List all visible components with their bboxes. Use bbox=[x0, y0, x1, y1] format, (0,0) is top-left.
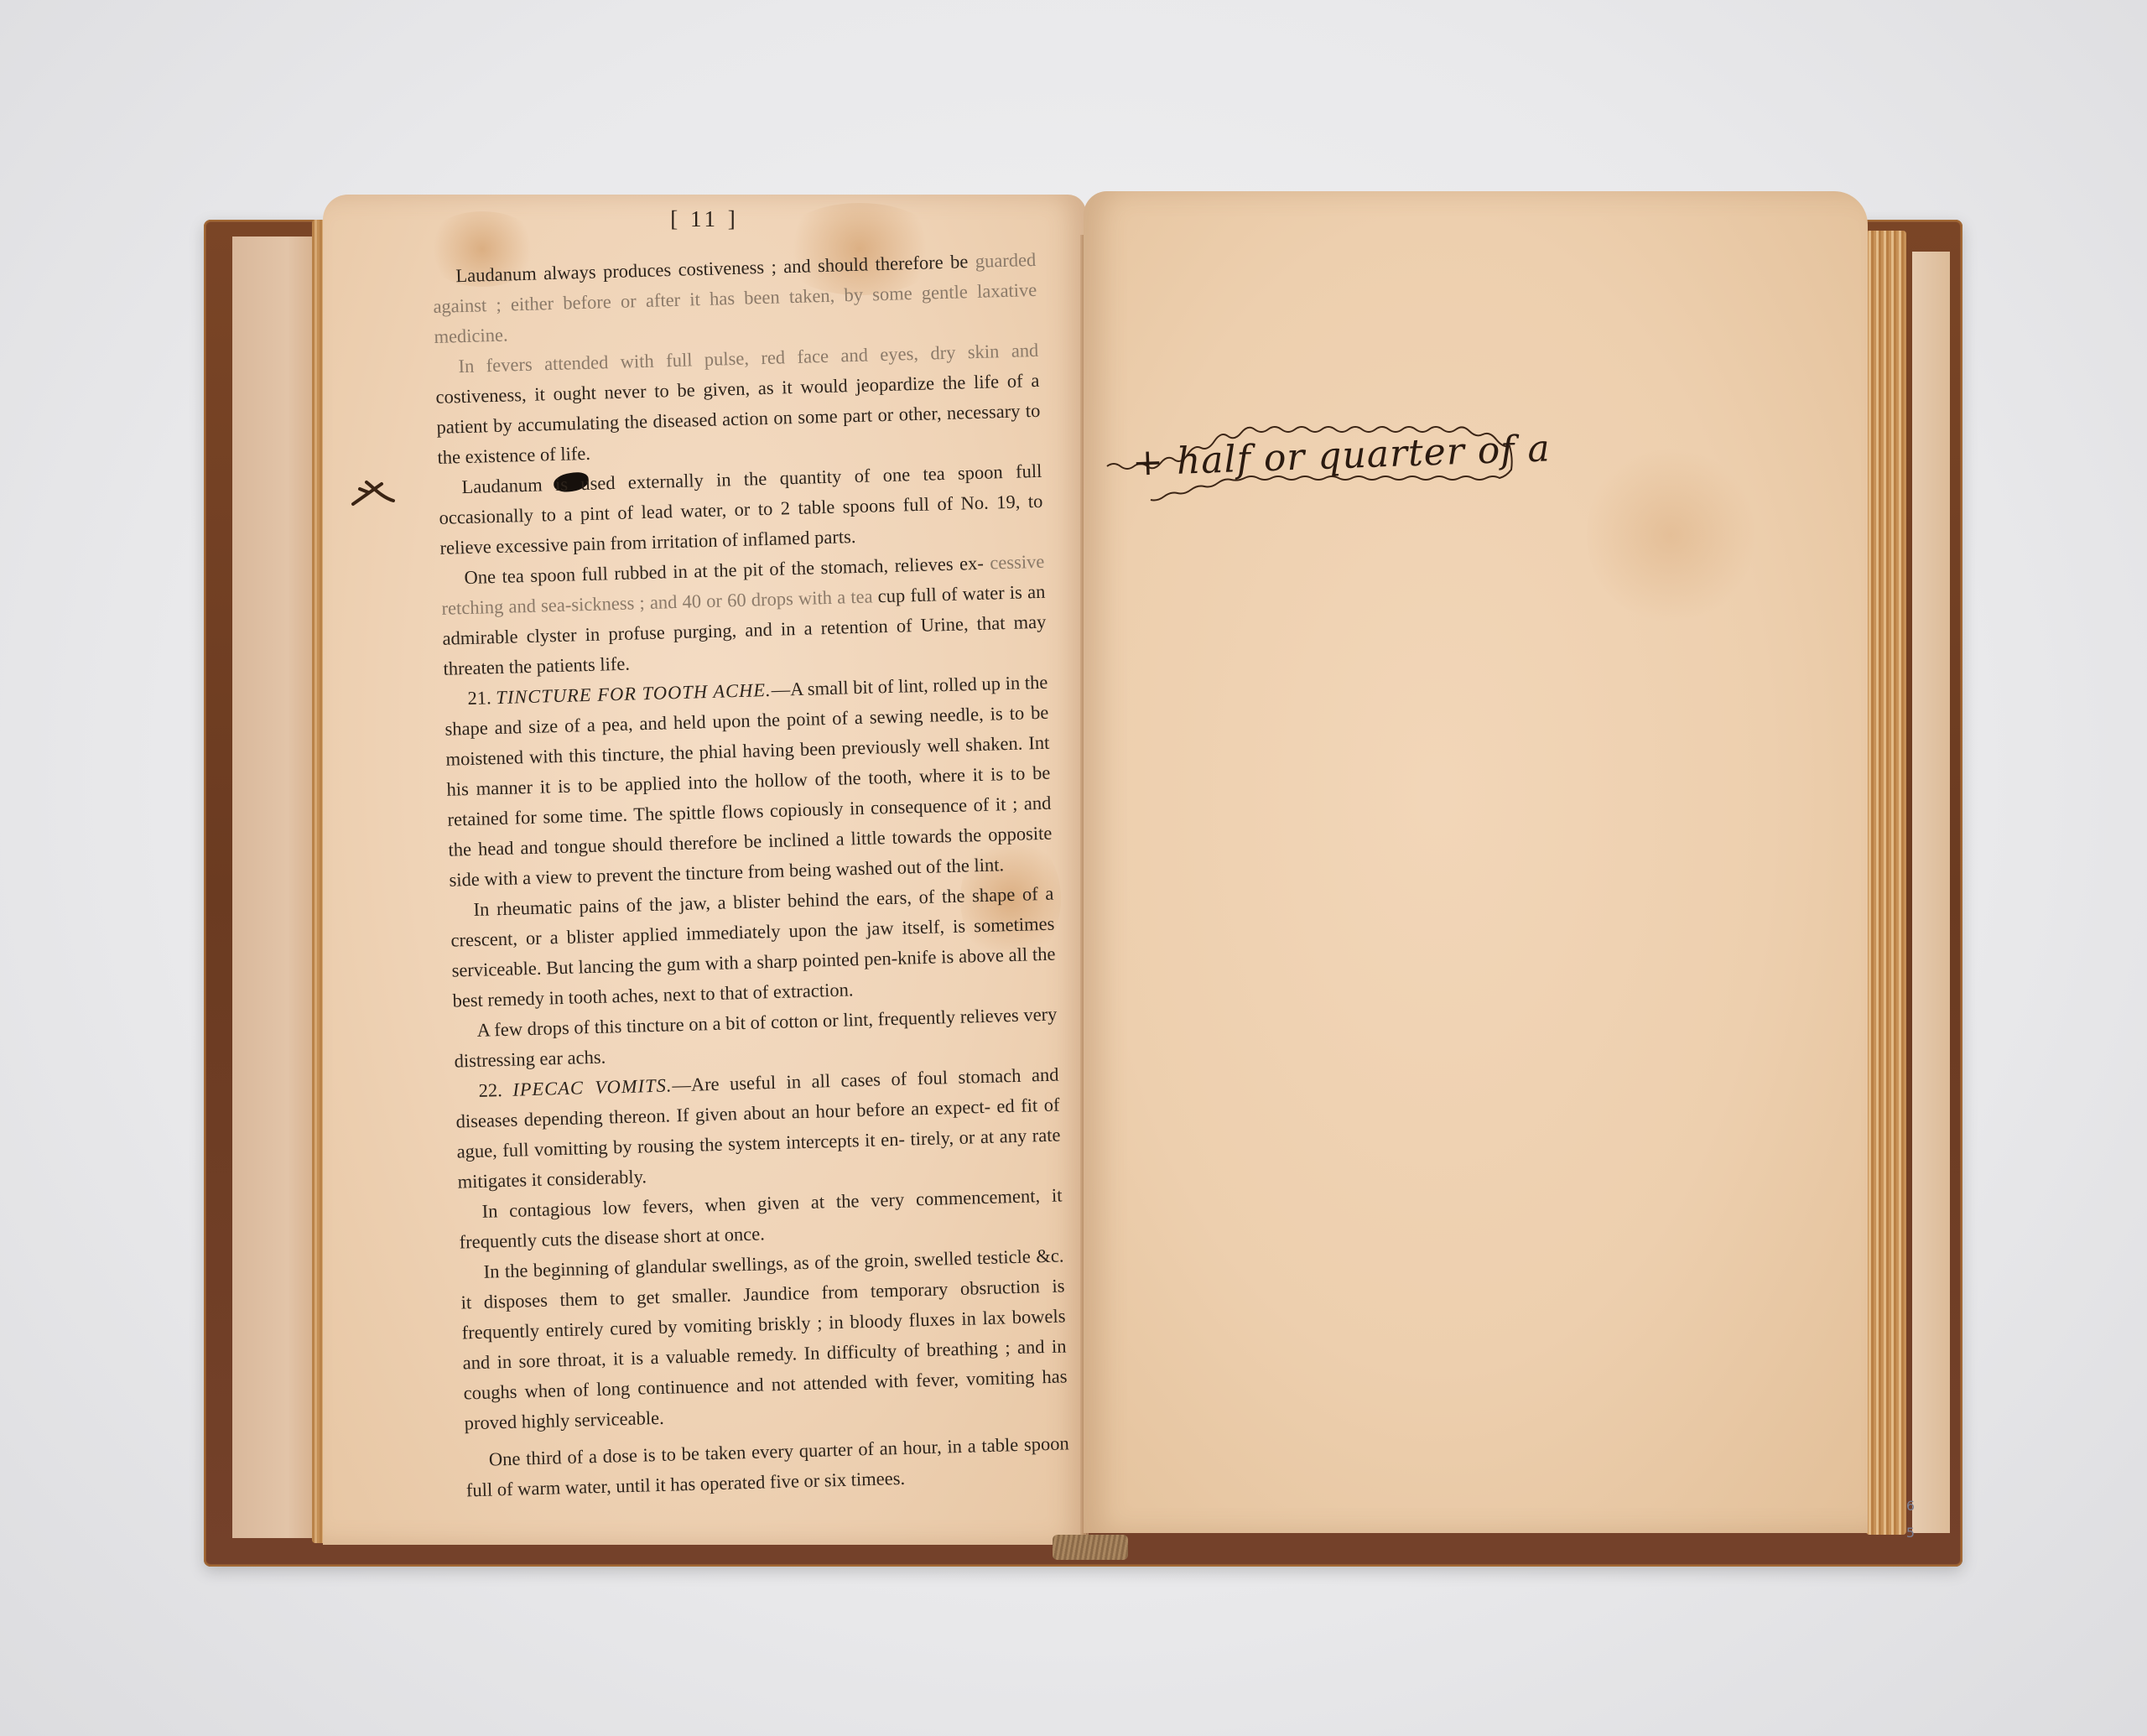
heading-lead-text: —Are useful in all cases of foul stomach… bbox=[672, 1064, 1059, 1096]
paragraph: 22. IPECAC VOMITS.—Are useful in all cas… bbox=[455, 1060, 1062, 1198]
pencil-mark: 5 bbox=[1902, 1520, 1919, 1546]
paragraph: 21. TINCTURE FOR TOOTH ACHE.—A small bit… bbox=[444, 668, 1053, 896]
section-heading: TINCTURE FOR TOOTH ACHE. bbox=[496, 679, 772, 708]
left-pastedown bbox=[232, 236, 325, 1538]
printed-text-block: Laudanum always produces costiveness ; a… bbox=[432, 245, 1070, 1506]
right-pastedown bbox=[1912, 252, 1950, 1533]
text-line: occasionally to a pint of lead water, or… bbox=[439, 493, 953, 528]
handwritten-insertion: + half or quarter of a bbox=[1099, 416, 1606, 510]
heading-lead-text: —A small bit of lint, bbox=[771, 675, 928, 700]
section-number: 22. bbox=[478, 1079, 502, 1101]
section-heading: IPECAC VOMITS. bbox=[512, 1074, 673, 1099]
paragraph: One tea spoon full rubbed in at the pit … bbox=[440, 547, 1048, 684]
text-line: One third of a dose is to be taken every… bbox=[489, 1435, 976, 1469]
paragraph: In the beginning of glandular swellings,… bbox=[460, 1240, 1068, 1438]
paragraph: In rheumatic pains of the jaw, a blister… bbox=[450, 879, 1057, 1016]
right-page: + half or quarter of a bbox=[1084, 191, 1868, 1533]
text-line: extraction. bbox=[773, 979, 854, 1002]
page-number: [ 11 ] bbox=[323, 206, 1086, 232]
paragraph: Laudanum always produces costiveness ; a… bbox=[432, 245, 1038, 352]
paragraph: Laudanum is used externally in the quant… bbox=[438, 456, 1044, 564]
margin-x-mark-icon bbox=[348, 476, 398, 509]
section-number: 21. bbox=[467, 687, 491, 709]
pencil-mark: 6 bbox=[1902, 1493, 1919, 1520]
left-page: [ 11 ] Laudanum always produces costiven… bbox=[323, 195, 1086, 1545]
text-line: costiveness, it ought never to be given,… bbox=[435, 372, 965, 408]
text-line: diseases depending thereon. If given abo… bbox=[455, 1096, 990, 1132]
paragraph: In fevers attended with full pulse, red … bbox=[434, 335, 1042, 473]
pencil-marks: 6 5 bbox=[1902, 1493, 1919, 1546]
spine-tail-damage bbox=[1053, 1535, 1128, 1560]
paragraph: One third of a dose is to be taken every… bbox=[465, 1428, 1070, 1505]
right-page-edges bbox=[1866, 231, 1906, 1535]
foxing-stain bbox=[1587, 443, 1755, 627]
